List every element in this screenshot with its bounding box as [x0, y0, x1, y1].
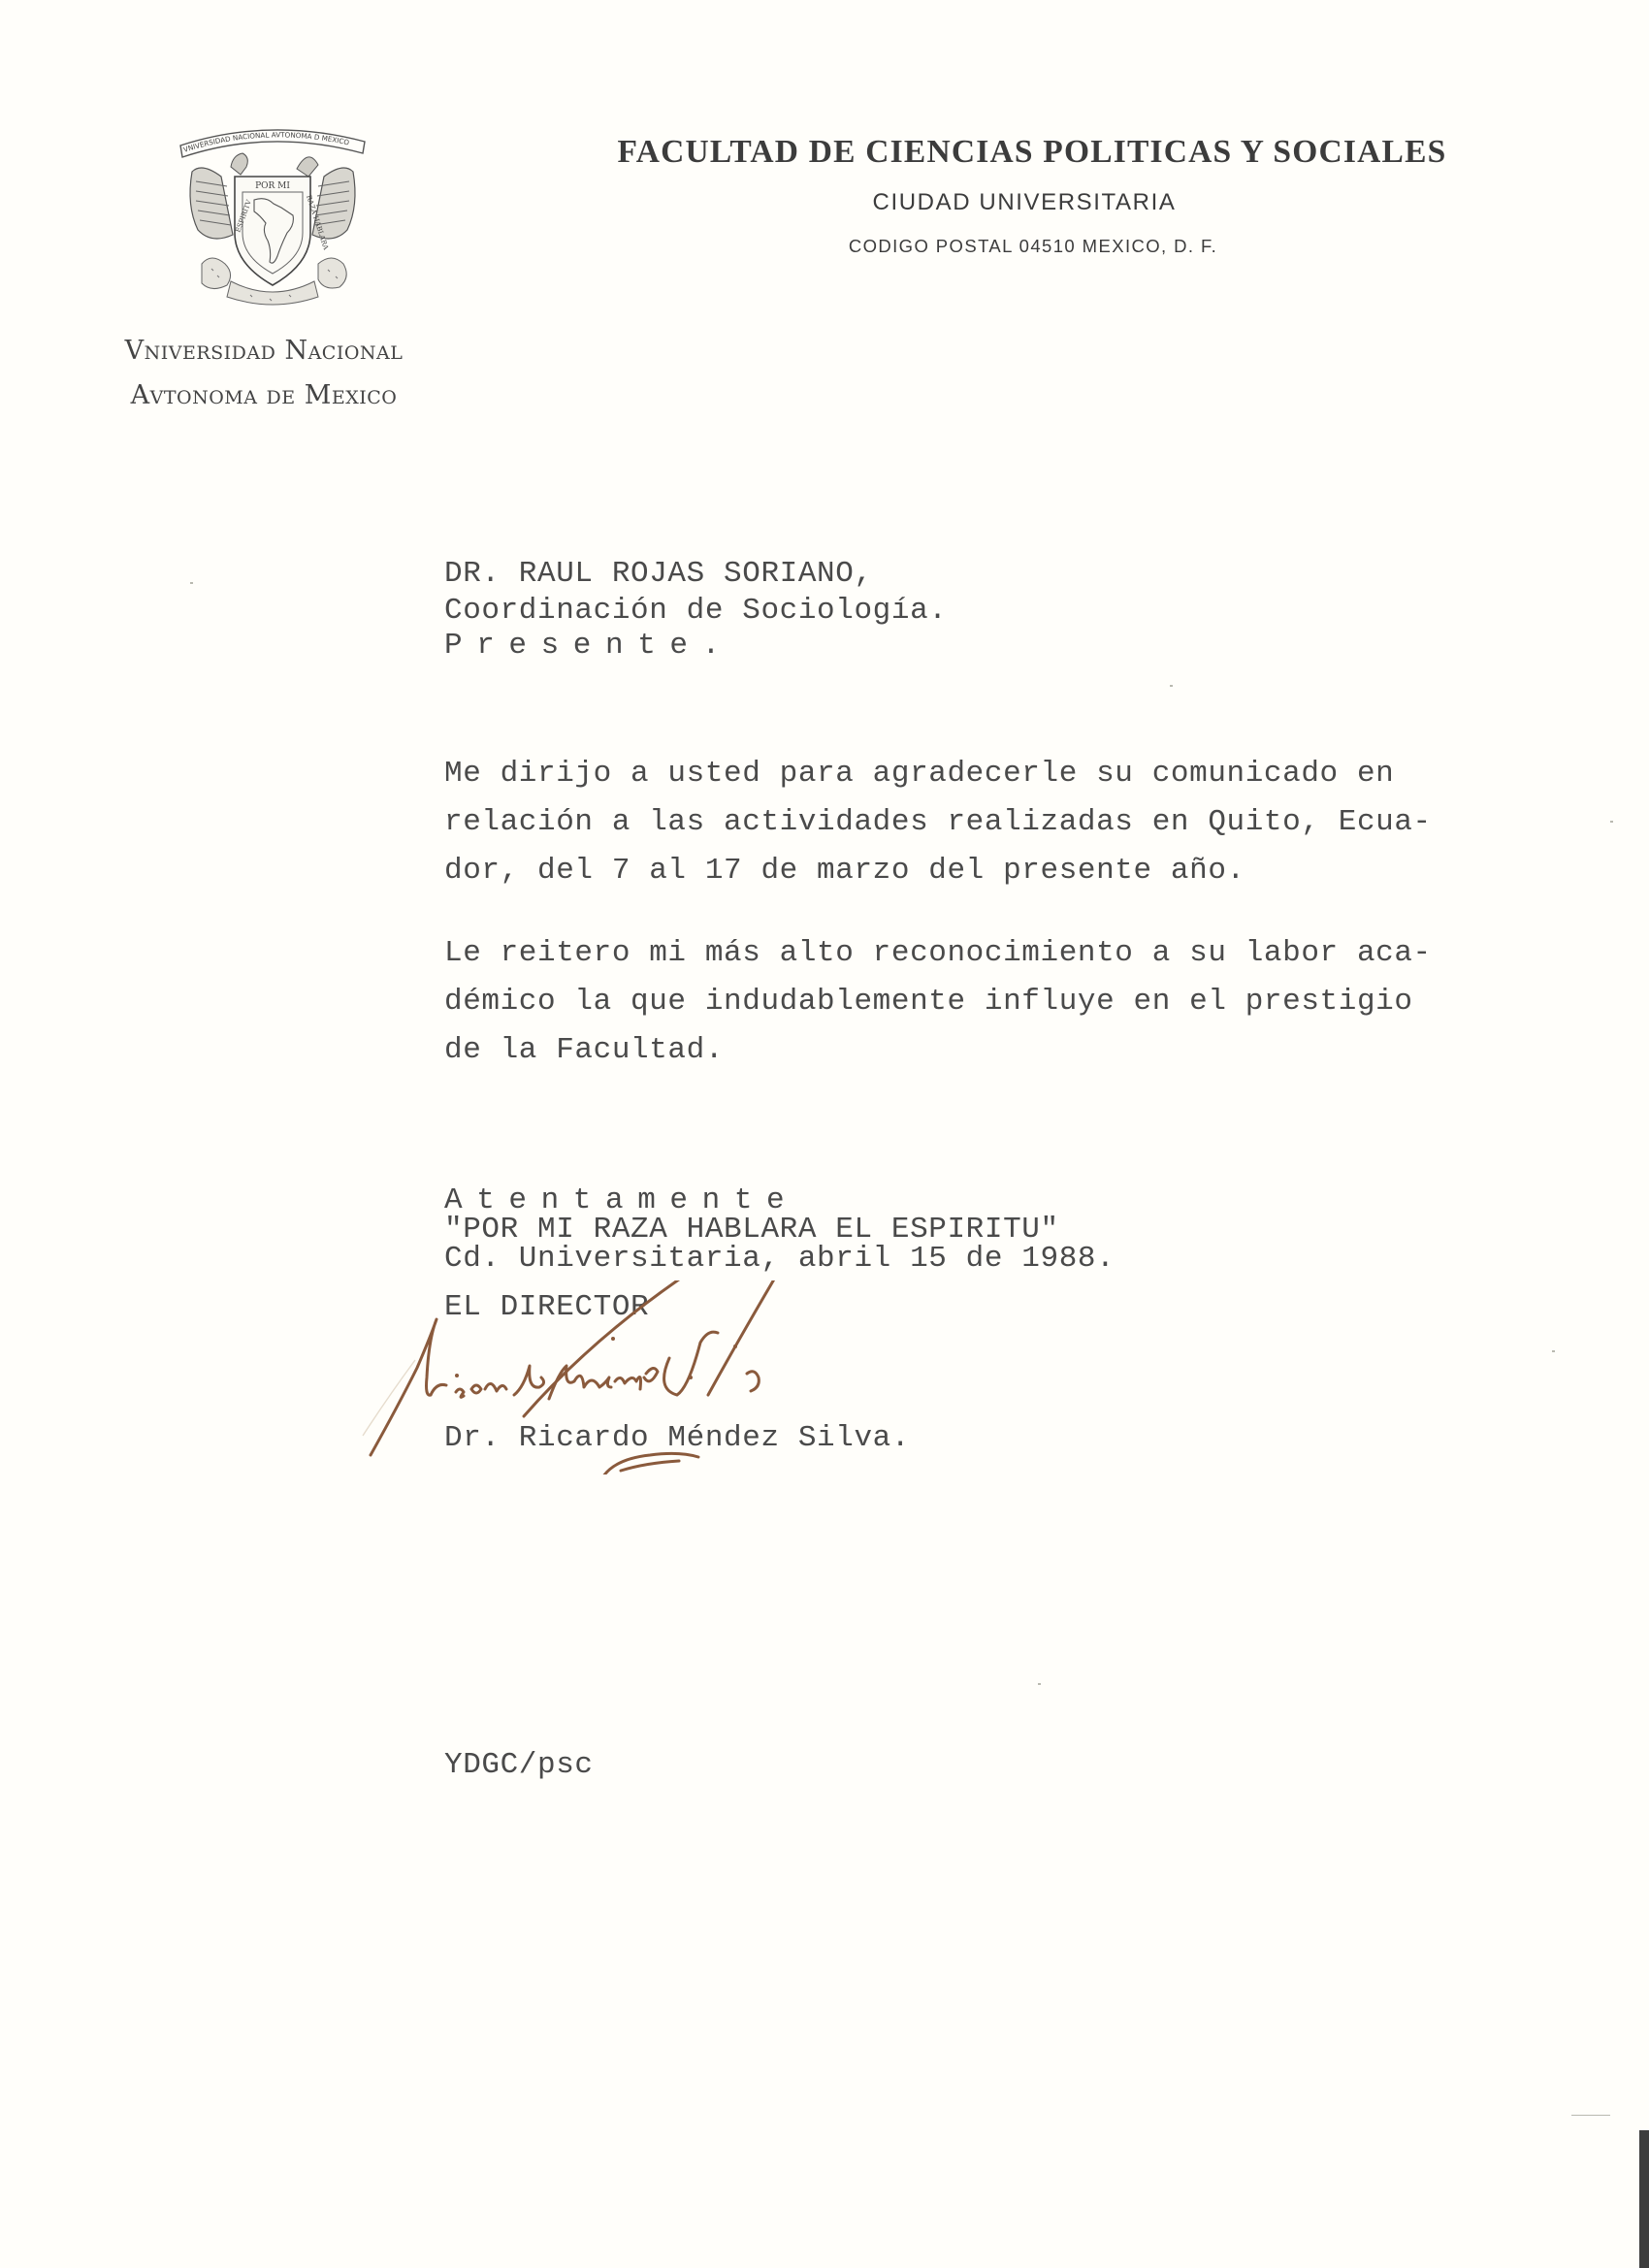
- recipient-department: Coordinación de Sociología.: [444, 594, 947, 628]
- scan-speck: [190, 582, 193, 584]
- recipient-presente: Presente.: [444, 629, 734, 663]
- closing-place-date: Cd. Universitaria, abril 15 de 1988.: [444, 1242, 1115, 1276]
- scan-speck: [1552, 1350, 1555, 1352]
- body-p2-line2: démico la que indudablemente influye en …: [444, 985, 1413, 1019]
- scan-speck: [1571, 2115, 1610, 2116]
- unam-seal-icon: VNIVERSIDAD NACIONAL AVTONOMA D MEXICO P…: [173, 118, 372, 312]
- reference-initials: YDGC/psc: [444, 1748, 594, 1782]
- body-p2-line1: Le reitero mi más alto reconocimiento a …: [444, 936, 1432, 970]
- body-p1-line3: dor, del 7 al 17 de marzo del presente a…: [444, 854, 1245, 888]
- campus-name: CIUDAD UNIVERSITARIA: [679, 189, 1370, 216]
- scan-speck: [1610, 821, 1613, 823]
- recipient-name: DR. RAUL ROJAS SORIANO,: [444, 557, 873, 591]
- faculty-name: FACULTAD DE CIENCIAS POLITICAS Y SOCIALE…: [590, 134, 1474, 171]
- scan-speck: [1038, 1683, 1041, 1685]
- body-p1-line1: Me dirijo a usted para agradecerle su co…: [444, 757, 1394, 791]
- university-name-line2: Avtonoma de Mexico: [89, 380, 438, 410]
- scan-speck: [1170, 685, 1173, 687]
- body-p2-line3: de la Facultad.: [444, 1033, 724, 1067]
- postal-address: CODIGO POSTAL 04510 MEXICO, D. F.: [679, 236, 1387, 257]
- scan-edge-shadow: [1639, 2130, 1649, 2268]
- handwritten-signature: [359, 1280, 941, 1474]
- body-p1-line2: relación a las actividades realizadas en…: [444, 805, 1432, 839]
- seal-shield-top-text: POR MI: [255, 181, 290, 191]
- university-name-line1: Vniversidad Nacional: [89, 336, 438, 366]
